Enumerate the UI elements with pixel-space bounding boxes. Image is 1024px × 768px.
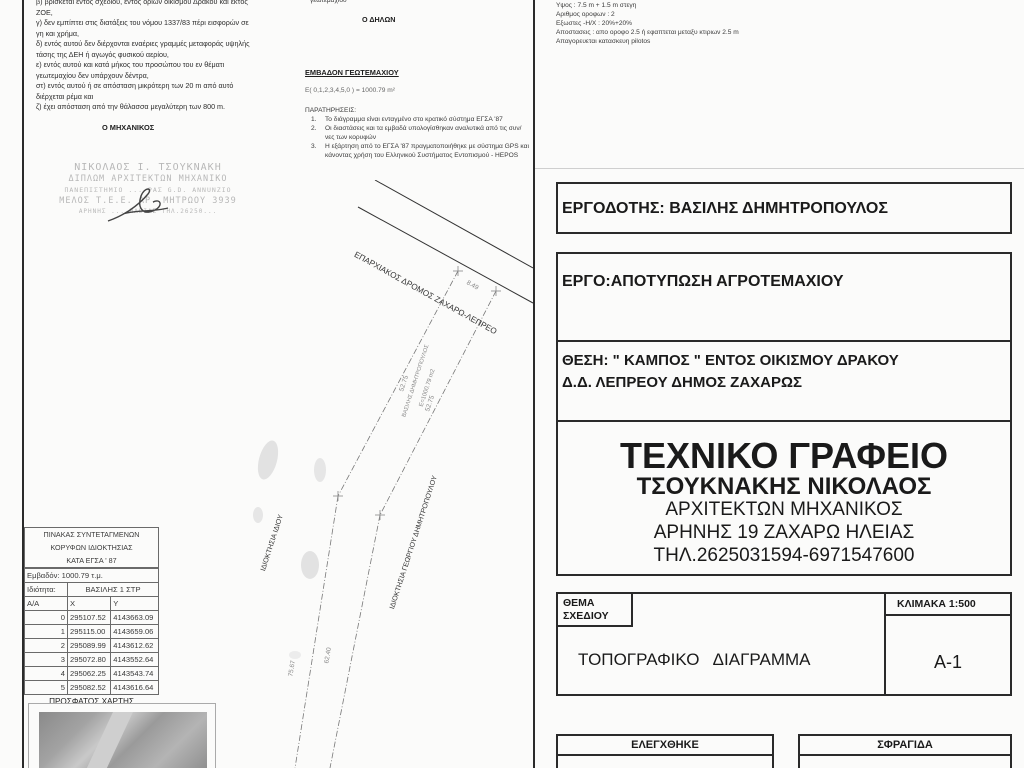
condition-line: δ) εντός αυτού δεν διέρχονται εναέριες γ… xyxy=(36,39,281,50)
condition-line: γ) δεν εμπίπτει στις διατάξεις του νόμου… xyxy=(36,18,281,29)
building-term-line: Υψος : 7.5 m + 1.5 m στεγη xyxy=(556,1,876,10)
coordinates-table-panel: ΠΙΝΑΚΑΣ ΣΥΝΤΕΤΑΓΜΕΝΩΝ ΚΟΡΥΦΩΝ ΙΔΙΟΚΤΗΣΙΑ… xyxy=(24,527,159,706)
condition-line: γη και χρήμα, xyxy=(36,29,281,40)
checked-row-divider xyxy=(556,754,774,756)
y-cell: 4143616.64 xyxy=(111,681,159,695)
condition-line: τάσης της ΔΕΗ ή αγωγός φυσικού αερίου, xyxy=(36,50,281,61)
vertex-id-cell: 2 xyxy=(25,639,68,653)
table-row: 3295072.804143552.64 xyxy=(25,653,159,667)
remark-number: 1. xyxy=(305,115,325,124)
y-cell: 4143543.74 xyxy=(111,667,159,681)
seal-label: ΣΦΡΑΓΙΔΑ xyxy=(798,739,1012,751)
building-term-line: Απαγορευεται κατασκευη pilotos xyxy=(556,37,876,46)
table-row: 2295089.994143612.62 xyxy=(25,639,159,653)
signature-icon xyxy=(103,186,173,226)
building-term-line: Αποστασεις : απο οροφο 2.5 ή εφαπτεται μ… xyxy=(556,28,876,37)
table-row: 1295115.004143659.06 xyxy=(25,625,159,639)
col-header-x: X xyxy=(68,597,111,611)
parcel-plan xyxy=(200,180,533,768)
office-name: ΤΣΟΥΚΝΑΚΗΣ ΝΙΚΟΛΑΟΣ xyxy=(556,475,1012,499)
x-cell: 295062.25 xyxy=(68,667,111,681)
owner-label: Ιδιότητα: xyxy=(25,583,68,597)
building-terms: Υψος : 7.5 m + 1.5 m στεγηΑριθμος οροφων… xyxy=(556,1,876,46)
x-cell: 295089.99 xyxy=(68,639,111,653)
remark-item: 2.Οι διαστάσεις και τα εμβαδά υπολογίσθη… xyxy=(305,124,530,142)
coordinates-table: Εμβαδόν: 1000.79 τ.μ. Ιδιότητα: ΒΑΣΙΛΗΣ … xyxy=(24,568,159,695)
project-box xyxy=(556,252,1012,342)
remark-item: 3.Η εξάρτηση από το ΕΓΣΑ '87 πραγματοποι… xyxy=(305,142,530,160)
office-title: ΤΕΧΝΙΚΟ ΓΡΑΦΕΙΟ xyxy=(556,437,1012,475)
y-cell: 4143552.64 xyxy=(111,653,159,667)
checked-label: ΕΛΕΓΧΘΗΚΕ xyxy=(556,739,774,751)
scale: ΚΛΙΜΑΚΑ 1:500 xyxy=(897,598,976,610)
subject: ΤΟΠΟΓΡΑΦΙΚΟ ΔΙΑΓΡΑΜΜΑ xyxy=(578,650,811,670)
recent-map-frame xyxy=(28,703,216,768)
x-cell: 295107.52 xyxy=(68,611,111,625)
remark-text: Οι διαστάσεις και τα εμβαδά υπολογίσθηκα… xyxy=(325,124,530,142)
building-term-line: Εξωστες -Η/Χ : 20%+20% xyxy=(556,19,876,28)
middle-top-fragment: γεωτεμαχίου xyxy=(310,0,347,5)
middle-sheet-border xyxy=(533,0,535,768)
building-term-line: Αριθμος οροφων : 2 xyxy=(556,10,876,19)
office-block: ΤΕΧΝΙΚΟ ΓΡΑΦΕΙΟ ΤΣΟΥΚΝΑΚΗΣ ΝΙΚΟΛΑΟΣ ΑΡΧΙ… xyxy=(556,437,1012,567)
remark-number: 2. xyxy=(305,124,325,142)
location-line-1: ΘΕΣΗ: " ΚΑΜΠΟΣ " ΕΝΤΟΣ ΟΙΚΙΣΜΟΥ ΔΡΑΚΟΥ xyxy=(562,352,899,369)
remark-item: 1.Το διάγραμμα είναι ενταγμένο στο κρατι… xyxy=(305,115,530,124)
office-profession: ΑΡΧΙΤΕΚΤΩΝ ΜΗΧΑΝΙΚΟΣ xyxy=(556,499,1012,521)
remark-text: Το διάγραμμα είναι ενταγμένο στο κρατικό… xyxy=(325,115,503,124)
conditions-text: β) βρίσκεται εντός σχεδίου, εντός ορίων … xyxy=(36,0,281,113)
subject-label: ΘΕΜΑ ΣΧΕΔΙΟΥ xyxy=(563,597,609,623)
engineer-label: Ο ΜΗΧΑΝΙΚΟΣ xyxy=(102,123,154,132)
area-heading: ΕΜΒΑΔΟΝ ΓΕΩΤΕΜΑΧΙΟΥ xyxy=(305,68,399,77)
office-address: ΑΡΗΝΗΣ 19 ΖΑΧΑΡΩ ΗΛΕΙΑΣ xyxy=(556,521,1012,545)
y-cell: 4143663.09 xyxy=(111,611,159,625)
condition-line: β) βρίσκεται εντός σχεδίου, εντός ορίων … xyxy=(36,0,281,8)
vertex-id-cell: 4 xyxy=(25,667,68,681)
coordinates-table-title: ΠΙΝΑΚΑΣ ΣΥΝΤΕΤΑΓΜΕΝΩΝ ΚΟΡΥΦΩΝ ΙΔΙΟΚΤΗΣΙΑ… xyxy=(24,527,159,568)
seal-row-divider xyxy=(798,754,1012,756)
x-cell: 295082.52 xyxy=(68,681,111,695)
declarant-label: Ο ΔΗΛΩΝ xyxy=(362,15,395,24)
vertex-id-cell: 3 xyxy=(25,653,68,667)
scale-row-divider xyxy=(884,614,1012,616)
employer: ΕΡΓΟΔΟΤΗΣ: ΒΑΣΙΛΗΣ ΔΗΜΗΤΡΟΠΟΥΛΟΣ xyxy=(562,200,888,218)
col-header-aa: Α/Α xyxy=(25,597,68,611)
remark-text: Η εξάρτηση από το ΕΓΣΑ '87 πραγματοποιήθ… xyxy=(325,142,530,160)
scale-divider xyxy=(884,592,886,696)
table-row: 0295107.524143663.09 xyxy=(25,611,159,625)
col-header-y: Y xyxy=(111,597,159,611)
area-row: Εμβαδόν: 1000.79 τ.μ. xyxy=(25,569,159,583)
sheet-number: Α-1 xyxy=(934,652,962,673)
office-phone: ΤΗΛ.2625031594-6971547600 xyxy=(556,545,1012,567)
vertex-id-cell: 0 xyxy=(25,611,68,625)
x-cell: 295115.00 xyxy=(68,625,111,639)
y-cell: 4143659.06 xyxy=(111,625,159,639)
area-formula: Ε( 0,1,2,3,4,5,0 ) = 1000.79 m² xyxy=(305,86,395,95)
remarks: ΠΑΡΑΤΗΡΗΣΕΙΣ: 1.Το διάγραμμα είναι ενταγ… xyxy=(305,106,530,160)
y-cell: 4143612.62 xyxy=(111,639,159,653)
vertex-id-cell: 1 xyxy=(25,625,68,639)
condition-line: στ) εντός αυτού ή σε απόσταση μικρότερη … xyxy=(36,81,281,92)
sheet-fold-line xyxy=(535,168,1024,169)
condition-line: διέρχεται ρέμα και xyxy=(36,92,281,103)
condition-line: ζ) έχει απόσταση από την θάλασσα μεγαλύτ… xyxy=(36,102,281,113)
location-line-2: Δ.Δ. ΛΕΠΡΕΟΥ ΔΗΜΟΣ ΖΑΧΑΡΩΣ xyxy=(562,374,802,391)
remark-number: 3. xyxy=(305,142,325,160)
condition-line: ε) εντός αυτού και κατά μήκος του προσώπ… xyxy=(36,60,281,71)
table-row: 4295062.254143543.74 xyxy=(25,667,159,681)
condition-line: ΖΟΕ, xyxy=(36,8,281,19)
owner-value: ΒΑΣΙΛΗΣ 1 ΣΤΡ xyxy=(68,583,159,597)
project: ΕΡΓΟ:ΑΠΟΤΥΠΩΣΗ ΑΓΡΟΤΕΜΑΧΙΟΥ xyxy=(562,273,844,291)
condition-line: γεωτεμαχίου δεν υπάρχουν δέντρα, xyxy=(36,71,281,82)
table-row: 5295082.524143616.64 xyxy=(25,681,159,695)
x-cell: 295072.80 xyxy=(68,653,111,667)
vertex-id-cell: 5 xyxy=(25,681,68,695)
